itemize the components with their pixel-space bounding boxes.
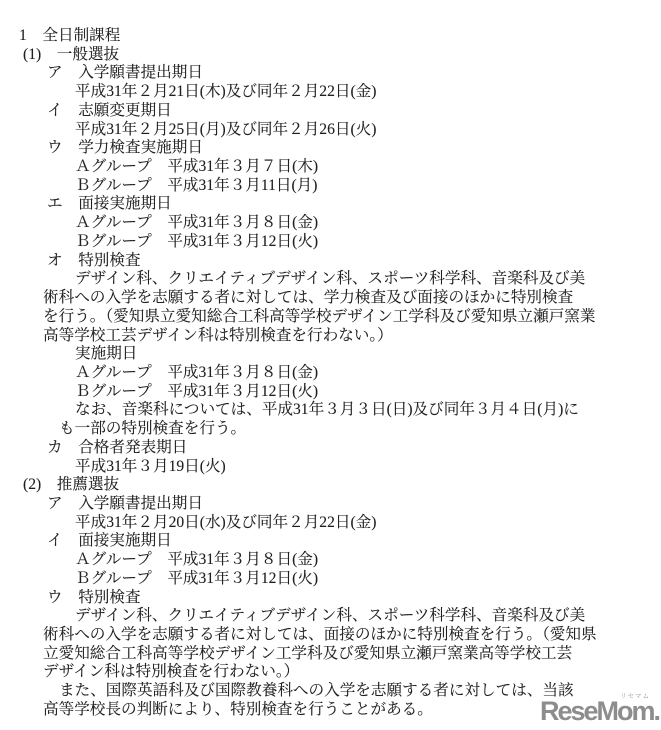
text-line: Ａグループ 平成31年３月８日(金) [0, 551, 661, 570]
text-line: カ 合格者発表期日 [0, 439, 661, 458]
resemom-watermark: リセマム ReseMom. [540, 698, 659, 725]
text-line: 平成31年３月19日(火) [0, 458, 661, 477]
text-line: オ 特別検査 [0, 252, 661, 271]
text-line: デザイン科は特別検査を行わない。） [0, 663, 661, 682]
text-line: なお、音楽科については、平成31年３月３日(日)及び同年３月４日(月)に [0, 401, 661, 420]
text-line: 高等学校工芸デザイン科は特別検査を行わない。） [0, 327, 661, 346]
text-line: デザイン科、クリエイティブデザイン科、スポーツ科学科、音楽科及び美 [0, 607, 661, 626]
text-line: イ 面接実施期日 [0, 532, 661, 551]
text-line: 立愛知総合工科高等学校デザイン工学科及び愛知県立瀬戸窯業高等学校工芸 [0, 645, 661, 664]
text-line: Ａグループ 平成31年３月８日(金) [0, 364, 661, 383]
text-line: も一部の特別検査を行う。 [0, 420, 661, 439]
text-line: エ 面接実施期日 [0, 195, 661, 214]
text-line: ウ 学力検査実施期日 [0, 139, 661, 158]
text-line: 術科への入学を志願する者に対しては、面接のほかに特別検査を行う。（愛知県 [0, 626, 661, 645]
text-line: Ａグループ 平成31年３月８日(金) [0, 214, 661, 233]
resemom-logo-text: ReseMom. [540, 696, 659, 726]
text-line: 平成31年２月25日(月)及び同年２月26日(火) [0, 121, 661, 140]
text-line: ア 入学願書提出期日 [0, 64, 661, 83]
text-line: (2) 推薦選抜 [0, 476, 661, 495]
text-line: Ｂグループ 平成31年３月12日(火) [0, 570, 661, 589]
text-line: を行う。（愛知県立愛知総合工科高等学校デザイン工学科及び愛知県立瀬戸窯業 [0, 308, 661, 327]
text-line: デザイン科、クリエイティブデザイン科、スポーツ科学科、音楽科及び美 [0, 270, 661, 289]
document-body: 1 全日制課程(1) 一般選抜ア 入学願書提出期日平成31年２月21日(木)及び… [0, 27, 661, 720]
text-line: (1) 一般選抜 [0, 46, 661, 65]
text-line: 平成31年２月21日(木)及び同年２月22日(金) [0, 83, 661, 102]
text-line: Ｂグループ 平成31年３月11日(月) [0, 177, 661, 196]
text-line: ウ 特別検査 [0, 589, 661, 608]
text-line: 平成31年２月20日(水)及び同年２月22日(金) [0, 514, 661, 533]
resemom-logo-ruby: リセマム [620, 694, 650, 701]
text-line: イ 志願変更期日 [0, 102, 661, 121]
text-line: Ｂグループ 平成31年３月12日(火) [0, 383, 661, 402]
text-line: 1 全日制課程 [0, 27, 661, 46]
text-line: Ａグループ 平成31年３月７日(木) [0, 158, 661, 177]
document-page: { "page": { "background_color": "#ffffff… [0, 0, 661, 730]
text-line: 実施期日 [0, 345, 661, 364]
text-line: 術科への入学を志願する者に対しては、学力検査及び面接のほかに特別検査 [0, 289, 661, 308]
text-line: ア 入学願書提出期日 [0, 495, 661, 514]
text-line: Ｂグループ 平成31年３月12日(火) [0, 233, 661, 252]
